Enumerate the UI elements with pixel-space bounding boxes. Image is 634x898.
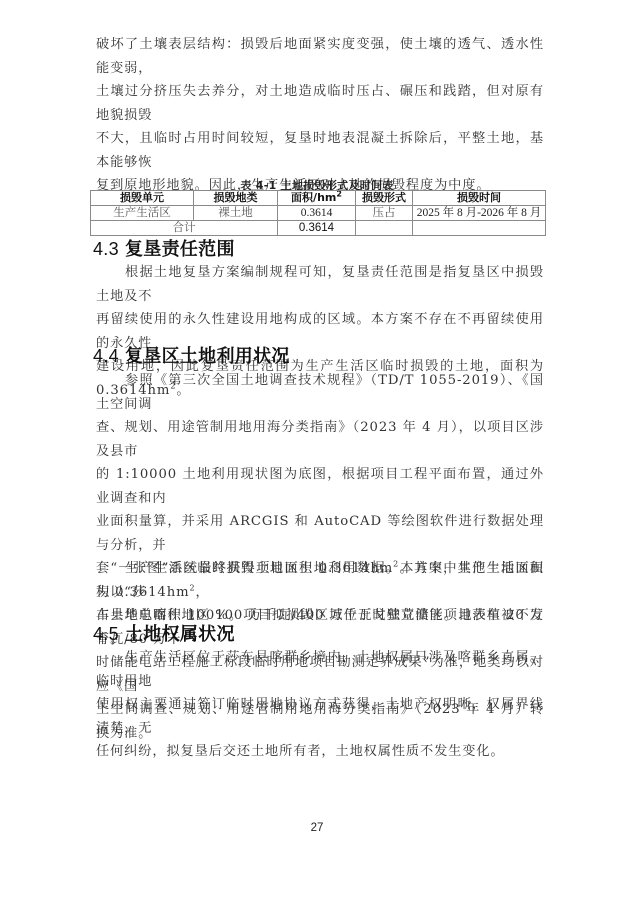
cell-form: 压占 <box>356 206 413 221</box>
text-line: 查、规划、用途管制用地用海分类指南》（2023 年 4 月），以项目区涉及县市 <box>96 416 544 463</box>
text-line: 使用权主要通过签订临时用地协议方式获得，土地产权明晰，权属界线清楚，无 <box>96 693 544 740</box>
header-time: 损毁时间 <box>413 191 546 206</box>
cell-total-area: 0.3614 <box>278 221 356 236</box>
intro-line-1: 破坏了土壤表层结构：损毁后地面紧实度变强，使土壤的透气、透水性能变弱， <box>96 33 544 80</box>
header-area-sup: 2 <box>336 191 342 199</box>
table-row: 生产生活区 裸土地 0.3614 压占 2025 年 8 月-2026 年 8 … <box>91 206 546 221</box>
text-line: 任何纠纷，拟复垦后交还土地所有者，土地权属性质不发生变化。 <box>96 740 544 764</box>
section-number: 4.3 <box>93 239 119 259</box>
section-number: 4.5 <box>93 624 119 644</box>
table-header-row: 损毁单元 损毁地类 面积/hm2 损毁形式 损毁时间 <box>91 191 546 206</box>
text-line: 参照《第三次全国土地调查技术规程》（TD/T 1055-2019）、《国土空间调 <box>96 369 544 416</box>
section-heading-4-5: 4.5 土地权属状况 <box>93 620 235 646</box>
cell-area: 0.3614 <box>278 206 356 221</box>
section-title: 土地权属状况 <box>125 624 235 645</box>
section-heading-4-4: 4.4 复垦区土地利用状况 <box>93 342 290 368</box>
section-number: 4.4 <box>93 346 119 366</box>
text-line: 生产生活区位于莎车县喀群乡境内，土地权属只涉及喀群乡直属。临时用地 <box>96 646 544 693</box>
cell-unit: 生产生活区 <box>91 206 194 221</box>
intro-paragraph: 破坏了土壤表层结构：损毁后地面紧实度变强，使土壤的透气、透水性能变弱， 土壤过分… <box>96 33 544 198</box>
header-form: 损毁形式 <box>356 191 413 206</box>
cell-land-type: 裸土地 <box>194 206 278 221</box>
intro-line-2: 土壤过分挤压失去养分，对土地造成临时压占、碾压和践踏，但对原有地貌损毁 <box>96 80 544 127</box>
section-title: 复垦责任范围 <box>125 239 235 260</box>
text-line: 生产生活区临时损毁土地面积 0.3614hm2。其中，其他土地面积为 0.361… <box>96 557 544 604</box>
text-segment: 生产生活区临时损毁土地面积 0.3614hm <box>125 561 393 576</box>
header-land-type: 损毁地类 <box>194 191 278 206</box>
cell-total-label: 合计 <box>91 221 278 236</box>
intro-line-3: 不大，且临时占用时间较短，复垦时地表混凝土拆除后，平整土地，基本能够恢 <box>96 127 544 174</box>
header-area: 面积/hm2 <box>278 191 356 206</box>
document-page: 破坏了土壤表层结构：损毁后地面紧实度变强，使土壤的透气、透水性能变弱， 土壤过分… <box>0 0 634 898</box>
cell-total-form <box>356 221 413 236</box>
text-line: 的 1:10000 土地利用现状图为底图，根据项目工程平面布置，通过外业调查和内 <box>96 463 544 510</box>
cell-time: 2025 年 8 月-2026 年 8 月 <box>413 206 546 221</box>
text-line: 业面积量算，并采用 ARCGIS 和 AutoCAD 等绘图软件进行数据处理与分… <box>96 510 544 557</box>
land-loss-table: 损毁单元 损毁地类 面积/hm2 损毁形式 损毁时间 生产生活区 裸土地 0.3… <box>90 190 546 236</box>
header-area-label: 面积/hm <box>291 191 336 204</box>
table-total-row: 合计 0.3614 <box>91 221 546 236</box>
text-line: 根据土地复垦方案编制规程可知，复垦责任范围是指复垦区中损毁土地及不 <box>96 261 544 308</box>
section-4-5-paragraph: 生产生活区位于莎车县喀群乡境内，土地权属只涉及喀群乡直属。临时用地 使用权主要通… <box>96 646 544 764</box>
text-segment: ， <box>196 585 210 600</box>
cell-total-time <box>413 221 546 236</box>
page-number: 27 <box>0 822 634 834</box>
section-title: 复垦区土地利用状况 <box>125 346 290 367</box>
header-unit: 损毁单元 <box>91 191 194 206</box>
section-heading-4-3: 4.3 复垦责任范围 <box>93 235 235 261</box>
